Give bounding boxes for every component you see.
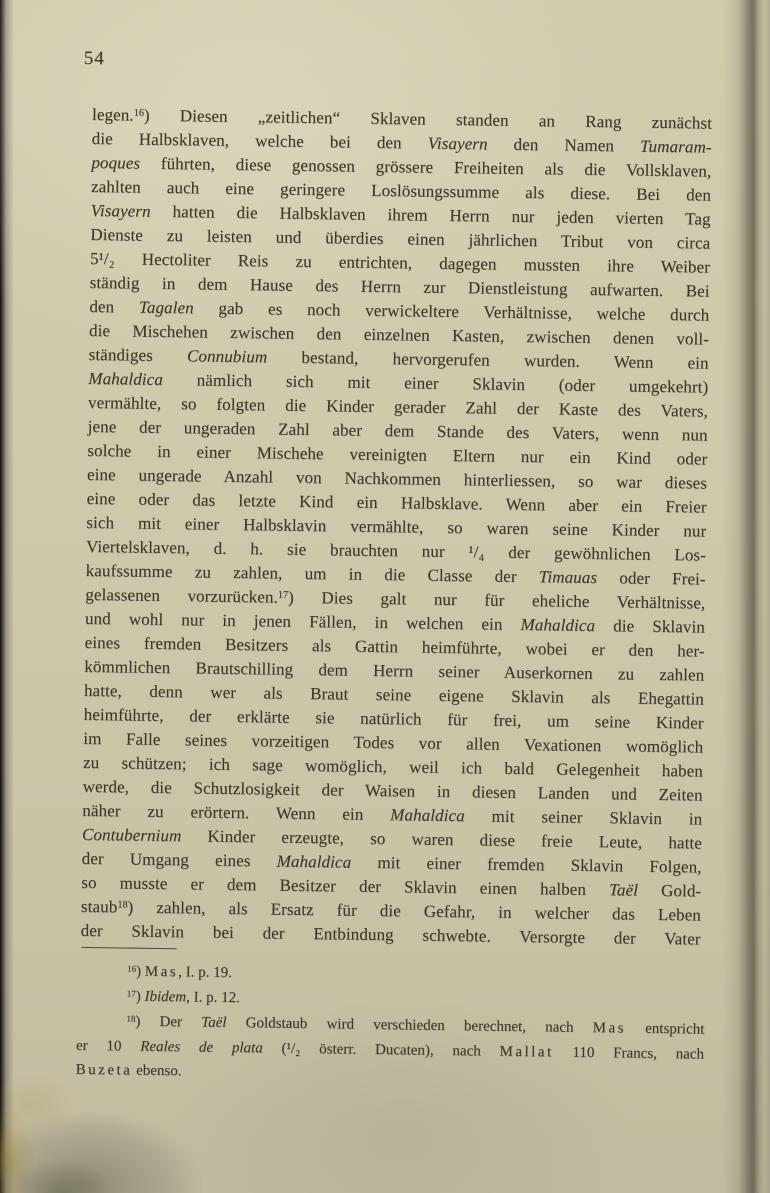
footnotes: 16) Mas, I. p. 19.17) Ibidem, I. p. 12.1… — [76, 959, 706, 1091]
text-layer: 54 legen.16) Diesen „zeitlichen“ Sklaven… — [78, 48, 715, 1137]
footnote-separator-rule — [81, 947, 176, 949]
scanned-book-page: 54 legen.16) Diesen „zeitlichen“ Sklaven… — [0, 0, 770, 1193]
main-text: legen.16) Diesen „zeitlichen“ Sklaven st… — [81, 103, 713, 952]
right-page-edge-shadow — [722, 0, 770, 1193]
page-number: 54 — [84, 48, 105, 70]
